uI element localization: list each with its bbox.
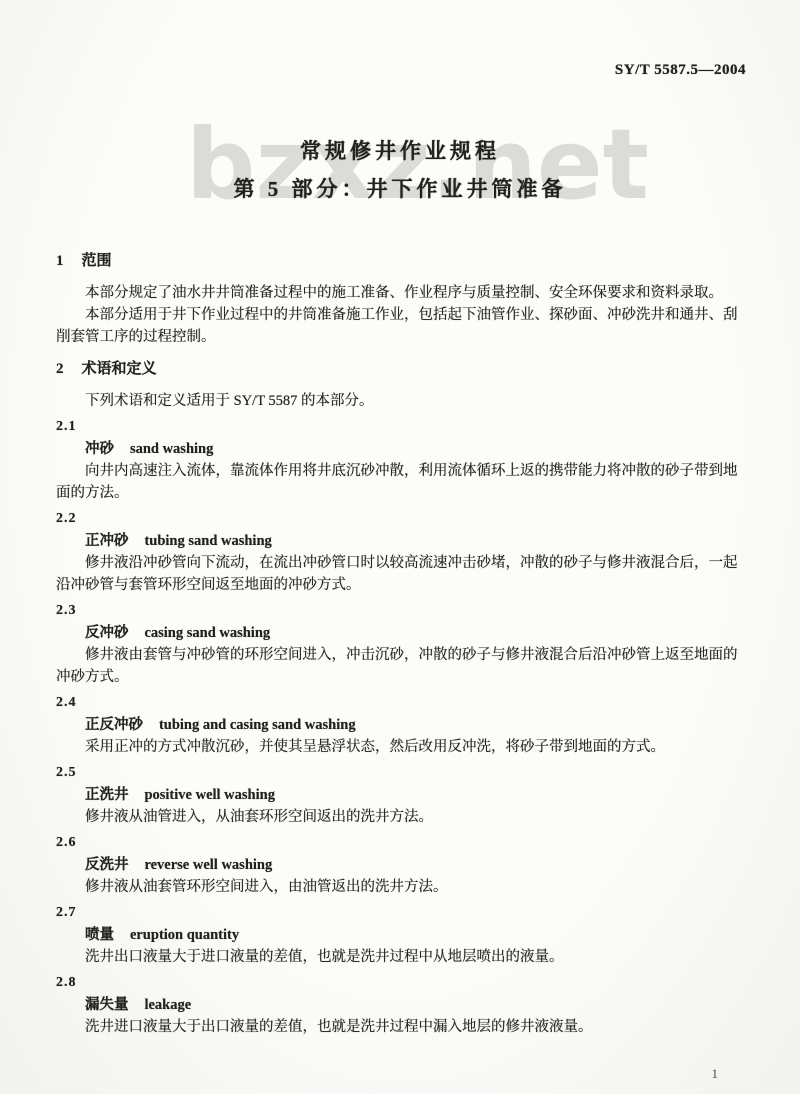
section-terms-number: 2 bbox=[56, 361, 64, 377]
scope-paragraph-1: 本部分规定了油水井井筒准备过程中的施工准备、作业程序与质量控制、安全环保要求和资… bbox=[56, 282, 746, 304]
term-name-en: positive well washing bbox=[144, 787, 275, 803]
term-definition: 修井液由套管与冲砂管的环形空间进入，冲击沉砂，冲散的砂子与修井液混合后沿冲砂管上… bbox=[56, 644, 746, 688]
term-definition: 向井内高速注入流体，靠流体作用将井底沉砂冲散，利用流体循环上返的携带能力将冲散的… bbox=[56, 460, 746, 504]
term-name-en: tubing sand washing bbox=[144, 533, 271, 549]
term-entry-2-3: 2.3 反冲砂casing sand washing 修井液由套管与冲砂管的环形… bbox=[56, 600, 746, 688]
term-entry-2-2: 2.2 正冲砂tubing sand washing 修井液沿冲砂管向下流动，在… bbox=[56, 508, 746, 596]
term-name-zh: 漏失量 bbox=[85, 997, 129, 1013]
term-name: 反冲砂casing sand washing bbox=[56, 622, 746, 644]
document-body: 1范围 本部分规定了油水井井筒准备过程中的施工准备、作业程序与质量控制、安全环保… bbox=[56, 250, 746, 1038]
terms-intro: 下列术语和定义适用于 SY/T 5587 的本部分。 bbox=[56, 390, 746, 412]
term-name-en: leakage bbox=[144, 997, 191, 1013]
term-name: 正洗井positive well washing bbox=[56, 784, 746, 806]
term-number: 2.4 bbox=[56, 692, 746, 714]
term-name-zh: 正冲砂 bbox=[85, 533, 129, 549]
term-entry-2-1: 2.1 冲砂sand washing 向井内高速注入流体，靠流体作用将井底沉砂冲… bbox=[56, 416, 746, 504]
term-entry-2-8: 2.8 漏失量leakage 洗井进口液量大于出口液量的差值，也就是洗井过程中漏… bbox=[56, 972, 746, 1038]
scope-paragraph-2: 本部分适用于井下作业过程中的井筒准备施工作业，包括起下油管作业、探砂面、冲砂洗井… bbox=[56, 304, 746, 348]
term-name: 漏失量leakage bbox=[56, 994, 746, 1016]
term-number: 2.2 bbox=[56, 508, 746, 530]
term-definition: 修井液沿冲砂管向下流动，在流出冲砂管口时以较高流速冲击砂堵，冲散的砂子与修井液混… bbox=[56, 552, 746, 596]
term-number: 2.6 bbox=[56, 832, 746, 854]
term-number: 2.3 bbox=[56, 600, 746, 622]
term-name: 正冲砂tubing sand washing bbox=[56, 530, 746, 552]
section-scope-heading: 1范围 bbox=[56, 250, 746, 272]
title-line-2: 第 5 部分：井下作业井筒准备 bbox=[0, 170, 800, 208]
term-name: 冲砂sand washing bbox=[56, 438, 746, 460]
document-title: 常规修井作业规程 第 5 部分：井下作业井筒准备 bbox=[0, 0, 800, 208]
term-definition: 洗井出口液量大于进口液量的差值，也就是洗井过程中从地层喷出的液量。 bbox=[56, 946, 746, 968]
term-definition: 修井液从油套管环形空间进入，由油管返出的洗井方法。 bbox=[56, 876, 746, 898]
document-page: SY/T 5587.5—2004 bzxz.net 常规修井作业规程 第 5 部… bbox=[0, 0, 800, 1094]
section-scope-title: 范围 bbox=[82, 253, 112, 269]
term-definition: 修井液从油管进入，从油套环形空间返出的洗井方法。 bbox=[56, 806, 746, 828]
term-name-zh: 冲砂 bbox=[85, 441, 114, 457]
term-name: 反洗井reverse well washing bbox=[56, 854, 746, 876]
term-entry-2-6: 2.6 反洗井reverse well washing 修井液从油套管环形空间进… bbox=[56, 832, 746, 898]
standard-code: SY/T 5587.5—2004 bbox=[615, 62, 746, 79]
term-number: 2.8 bbox=[56, 972, 746, 994]
term-entry-2-5: 2.5 正洗井positive well washing 修井液从油管进入，从油… bbox=[56, 762, 746, 828]
term-definition: 洗井进口液量大于出口液量的差值，也就是洗井过程中漏入地层的修井液液量。 bbox=[56, 1016, 746, 1038]
section-scope-number: 1 bbox=[56, 253, 64, 269]
term-name: 正反冲砂tubing and casing sand washing bbox=[56, 714, 746, 736]
term-name-zh: 正洗井 bbox=[85, 787, 129, 803]
term-name-en: casing sand washing bbox=[144, 625, 270, 641]
section-terms-heading: 2术语和定义 bbox=[56, 358, 746, 380]
title-line-1: 常规修井作业规程 bbox=[0, 132, 800, 170]
term-number: 2.5 bbox=[56, 762, 746, 784]
term-name-zh: 反洗井 bbox=[85, 857, 129, 873]
section-terms-title: 术语和定义 bbox=[82, 361, 157, 377]
term-name-zh: 正反冲砂 bbox=[85, 717, 143, 733]
term-name-zh: 反冲砂 bbox=[85, 625, 129, 641]
term-name-zh: 喷量 bbox=[85, 927, 114, 943]
page-number: 1 bbox=[712, 1066, 719, 1082]
term-number: 2.7 bbox=[56, 902, 746, 924]
term-name-en: tubing and casing sand washing bbox=[159, 717, 356, 733]
term-definition: 采用正冲的方式冲散沉砂，并使其呈悬浮状态，然后改用反冲洗，将砂子带到地面的方式。 bbox=[56, 736, 746, 758]
term-entry-2-7: 2.7 喷量eruption quantity 洗井出口液量大于进口液量的差值，… bbox=[56, 902, 746, 968]
term-entry-2-4: 2.4 正反冲砂tubing and casing sand washing 采… bbox=[56, 692, 746, 758]
term-number: 2.1 bbox=[56, 416, 746, 438]
term-name-en: sand washing bbox=[130, 441, 213, 457]
term-name-en: reverse well washing bbox=[144, 857, 272, 873]
term-name-en: eruption quantity bbox=[130, 927, 239, 943]
term-name: 喷量eruption quantity bbox=[56, 924, 746, 946]
